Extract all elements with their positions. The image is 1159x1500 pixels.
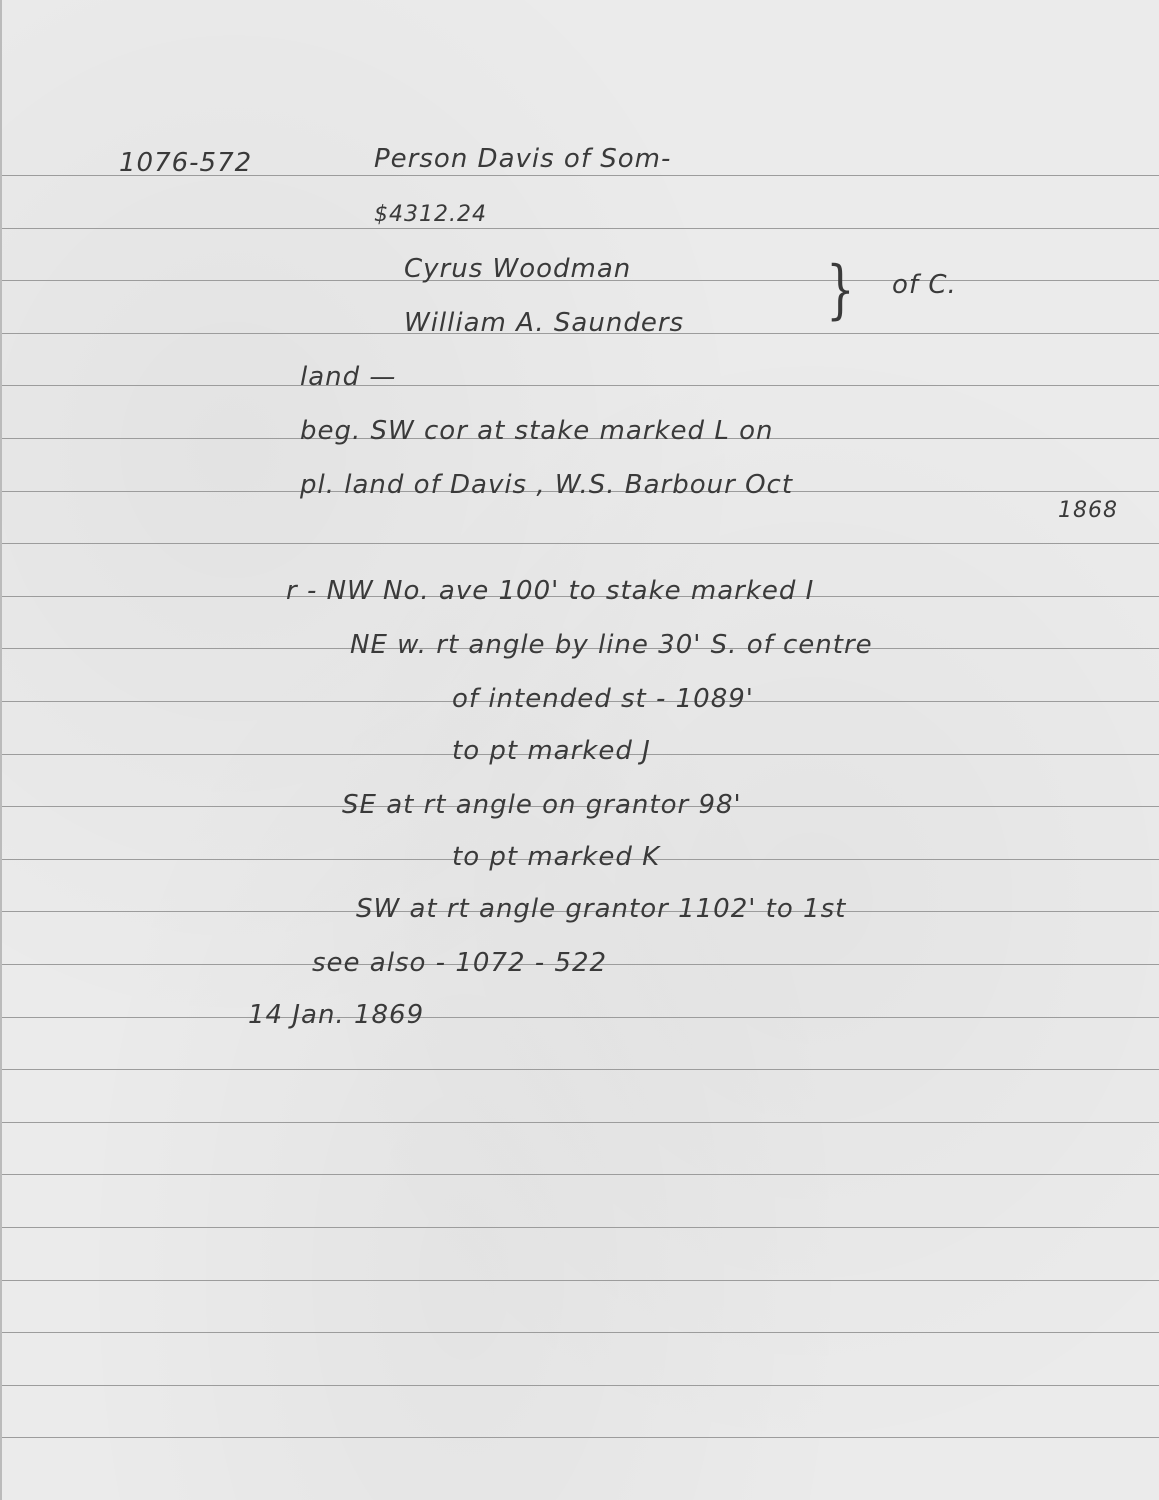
beginning-line-2: pl. land of Davis , W.S. Barbour Oct xyxy=(300,472,793,498)
course-se-2: to pt marked K xyxy=(452,844,660,870)
beginning-line-1: beg. SW cor at stake marked L on xyxy=(300,418,773,444)
course-sw: SW at rt angle grantor 1102' to 1st xyxy=(356,896,846,922)
ruled-line xyxy=(2,1280,1159,1281)
ruled-line xyxy=(2,1069,1159,1070)
ruled-line xyxy=(2,543,1159,544)
course-ne-1: NE w. rt angle by line 30' S. of centre xyxy=(350,632,873,658)
handwritten-page: 1076-572 Person Davis of Som- $4312.24 C… xyxy=(0,0,1159,1500)
course-nw: r - NW No. ave 100' to stake marked I xyxy=(286,578,814,604)
course-ne-2: of intended st - 1089' xyxy=(452,686,754,712)
beginning-year: 1868 xyxy=(1058,500,1118,522)
ruled-line xyxy=(2,1122,1159,1123)
grantor-name: Person Davis of Som- xyxy=(374,146,671,172)
deed-reference: 1076-572 xyxy=(119,150,252,176)
course-ne-3: to pt marked J xyxy=(452,738,651,764)
grantee-2: William A. Saunders xyxy=(404,310,684,336)
ruled-line xyxy=(2,1174,1159,1175)
ruled-line xyxy=(2,1017,1159,1018)
ruled-line xyxy=(2,228,1159,229)
grantee-1: Cyrus Woodman xyxy=(404,256,631,282)
land-heading: land — xyxy=(300,364,396,390)
ruled-line xyxy=(2,1437,1159,1438)
ruled-line xyxy=(2,1332,1159,1333)
ruled-line xyxy=(2,1385,1159,1386)
document-date: 14 Jan. 1869 xyxy=(248,1002,424,1028)
ruled-line xyxy=(2,1227,1159,1228)
course-se-1: SE at rt angle on grantor 98' xyxy=(342,792,742,818)
ruled-line xyxy=(2,385,1159,386)
amount: $4312.24 xyxy=(374,204,487,226)
brace-icon: } xyxy=(826,258,855,322)
grantee-suffix: of C. xyxy=(892,272,957,298)
see-also-note: see also - 1072 - 522 xyxy=(312,950,607,976)
